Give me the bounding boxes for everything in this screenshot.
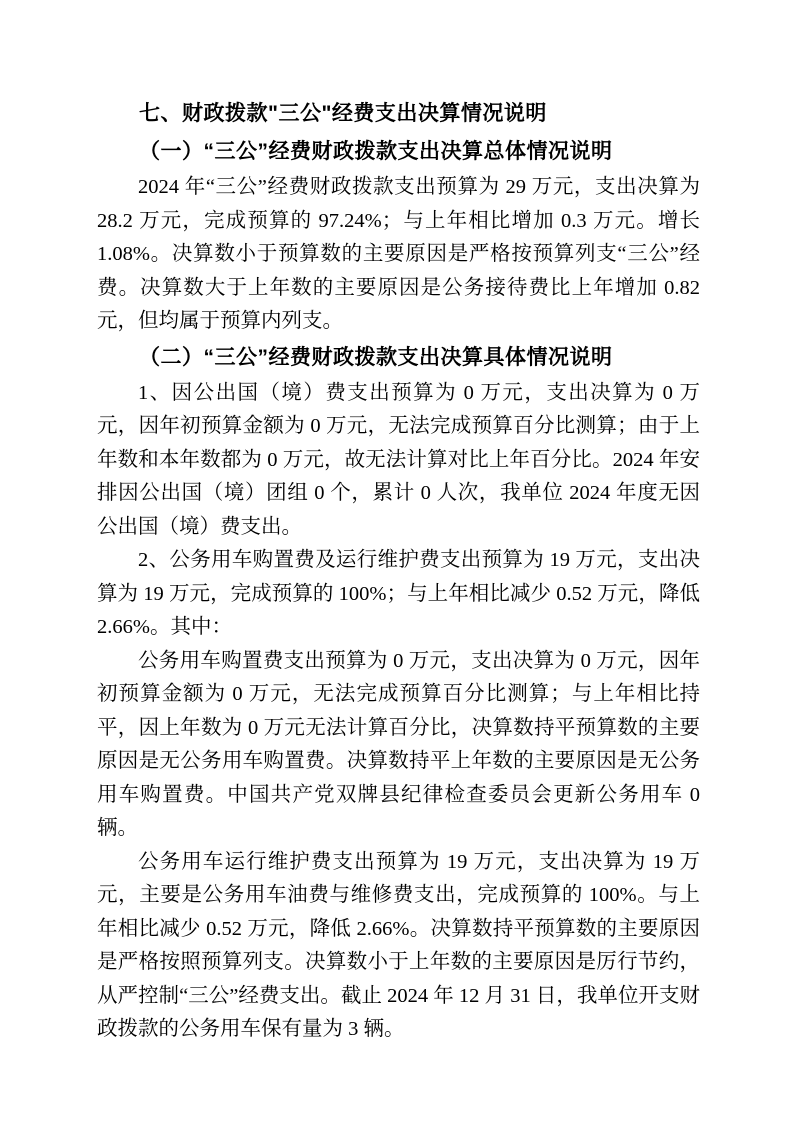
document-paragraph: 公务用车购置费支出预算为 0 万元，支出决算为 0 万元，因年初预算金额为 0 … bbox=[97, 645, 700, 846]
document-heading2: （二）“三公”经费财政拨款支出决算具体情况说明 bbox=[97, 339, 700, 377]
document-page: 七、财政拨款"三公"经费支出决算情况说明（一）“三公”经费财政拨款支出决算总体情… bbox=[0, 0, 793, 1122]
document-paragraph: 1、因公出国（境）费支出预算为 0 万元，支出决算为 0 万元，因年初预算金额为… bbox=[97, 377, 700, 545]
document-heading1: 七、财政拨款"三公"经费支出决算情况说明 bbox=[97, 95, 700, 133]
document-heading2: （一）“三公”经费财政拨款支出决算总体情况说明 bbox=[97, 133, 700, 171]
document-paragraph: 2、公务用车购置费及运行维护费支出预算为 19 万元，支出决算为 19 万元，完… bbox=[97, 544, 700, 645]
document-paragraph: 2024 年“三公”经费财政拨款支出预算为 29 万元，支出决算为 28.2 万… bbox=[97, 171, 700, 339]
document-body: 七、财政拨款"三公"经费支出决算情况说明（一）“三公”经费财政拨款支出决算总体情… bbox=[97, 95, 700, 1047]
document-paragraph: 公务用车运行维护费支出预算为 19 万元，支出决算为 19 万元，主要是公务用车… bbox=[97, 846, 700, 1047]
